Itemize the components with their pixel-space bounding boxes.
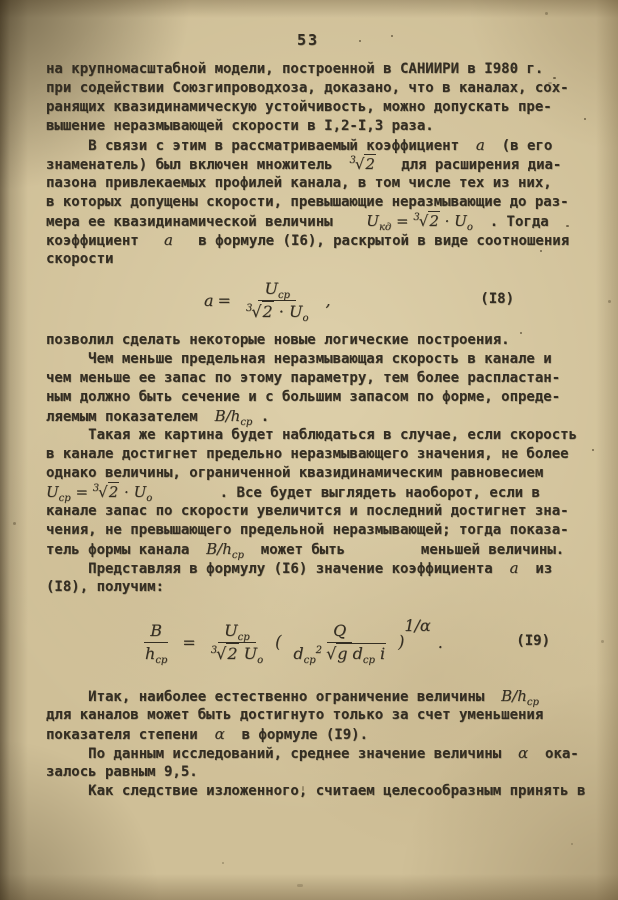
text-line: Чем меньше предельная неразмывающая скор… [46, 350, 576, 369]
text-line: однако величины, ограниченной квазидинам… [46, 464, 576, 483]
text-line: вышение неразмывающей скорости в I,2-I,3… [46, 117, 576, 136]
equation-18: a = Uср 3√2 · Uо , (I8) [46, 269, 576, 331]
text-line: на крупномасштабной модели, построенной … [46, 60, 576, 79]
fraction-lhs: B hср [139, 621, 173, 662]
paper-speck [520, 332, 522, 334]
paragraph-7: Итак, наиболее естественно ограничение в… [46, 687, 576, 744]
fraction-velocity: Uср 3√2 Uо [205, 621, 269, 662]
text-line: мера ее квазидинамической величины Uкд =… [46, 212, 576, 231]
text-line: канале запас по скорости увеличится и по… [46, 502, 576, 521]
paper-speck [584, 118, 586, 120]
paper-speck [302, 786, 304, 791]
text-line: Uср = 3√2 · Uо . Все будет выглядеть нао… [46, 483, 576, 502]
paragraph-4: Чем меньше предельная неразмывающая скор… [46, 350, 576, 426]
text-line: скорости [46, 250, 576, 269]
exponent: 1/α [404, 616, 430, 635]
text-line: пазона привлекаемых профилей канала, в т… [46, 174, 576, 193]
paragraph-3: позволил сделать некоторые новые логичес… [46, 331, 576, 350]
paragraph-6: Представляя в формулу (I6) значение коэф… [46, 559, 576, 597]
text-line: ляемым показателем B/hср . [46, 407, 576, 426]
scanned-page: 53 на крупномасштабной модели, построенн… [0, 0, 618, 900]
fraction-numerator: Q [327, 621, 352, 642]
fraction-numerator: B [144, 621, 168, 642]
text-line: в которых допущены скорости, превышающие… [46, 193, 576, 212]
equation-19-label: (I9) [516, 633, 550, 649]
paper-speck [222, 862, 224, 864]
fraction-denominator: 3√2 · Uо [240, 301, 315, 321]
paragraph-5: Такая же картина будет наблюдаться в слу… [46, 426, 576, 559]
fraction-denominator: dср2 √g dср i [287, 643, 392, 663]
text-line: ным должно быть сечение и с большим запа… [46, 388, 576, 407]
text-line: залось равным 9,5. [46, 763, 576, 782]
fraction-numerator: Uср [218, 621, 256, 642]
fraction-discharge: Q dср2 √g dср i [287, 621, 392, 662]
paper-speck [566, 225, 569, 227]
paper-speck [553, 77, 556, 79]
paper-speck [359, 40, 361, 42]
text-line: для каналов может быть достигнуто только… [46, 706, 576, 725]
paragraph-2: В связи с этим в рассматриваемый коэффиц… [46, 136, 576, 269]
eq18-comma: , [326, 291, 331, 310]
text-line: показателя степени α в формуле (I9). [46, 725, 576, 744]
text-line: Как следствие изложенного, считаем целес… [46, 782, 576, 801]
text-line: По данным исследований, среднее значение… [46, 744, 576, 763]
text-line: при содействии Союзгипроводхоза, доказан… [46, 79, 576, 98]
paper-speck [601, 640, 604, 643]
text-line: чения, не превышающего предельной неразм… [46, 521, 576, 540]
paper-speck [592, 449, 594, 451]
text-line: В связи с этим в рассматриваемый коэффиц… [46, 136, 576, 155]
paper-speck [545, 12, 548, 15]
paper-speck [571, 843, 573, 845]
equals-sign: = [218, 291, 231, 310]
paper-speck [297, 884, 303, 887]
paper-speck [540, 250, 542, 252]
eq18-lhs: a [204, 291, 214, 310]
paragraph-8: По данным исследований, среднее значение… [46, 744, 576, 782]
text-line: коэффициент a в формуле (I6), раскрытой … [46, 231, 576, 250]
fraction-numerator: Uср [258, 279, 296, 300]
paper-speck [608, 300, 611, 303]
page-number: 53 [46, 31, 570, 49]
fraction-denominator: hср [139, 643, 173, 663]
paper-speck [391, 35, 393, 37]
text-line: ранящих квазидинамическую устойчивость, … [46, 98, 576, 117]
text-line: тель формы канала B/hср может быть меньш… [46, 540, 576, 559]
fraction-denominator: 3√2 Uо [205, 643, 269, 663]
paragraph-9: Как следствие изложенного, считаем целес… [46, 782, 576, 801]
text-line: Такая же картина будет наблюдаться в слу… [46, 426, 576, 445]
text-line: знаменатель) был включен множитель 3√2 д… [46, 155, 576, 174]
paper-speck [13, 522, 16, 525]
equation-19: B hср = Uср 3√2 Uо ( Q dср2 √g dср i ) 1… [46, 597, 576, 687]
equals-sign: = [182, 633, 195, 652]
page-body: на крупномасштабной модели, построенной … [46, 60, 576, 801]
fraction: Uср 3√2 · Uо [240, 279, 315, 320]
paragraph-1: на крупномасштабной модели, построенной … [46, 60, 576, 136]
text-line: Представляя в формулу (I6) значение коэф… [46, 559, 576, 578]
text-line: Итак, наиболее естественно ограничение в… [46, 687, 576, 706]
text-line: в канале достигнет предельно неразмывающ… [46, 445, 576, 464]
equation-18-label: (I8) [480, 291, 514, 307]
text-line: (I8), получим: [46, 578, 576, 597]
paper-speck [548, 82, 552, 84]
text-line: позволил сделать некоторые новые логичес… [46, 331, 576, 350]
text-line: чем меньше ее запас по этому параметру, … [46, 369, 576, 388]
eq19-period: . [438, 633, 443, 652]
